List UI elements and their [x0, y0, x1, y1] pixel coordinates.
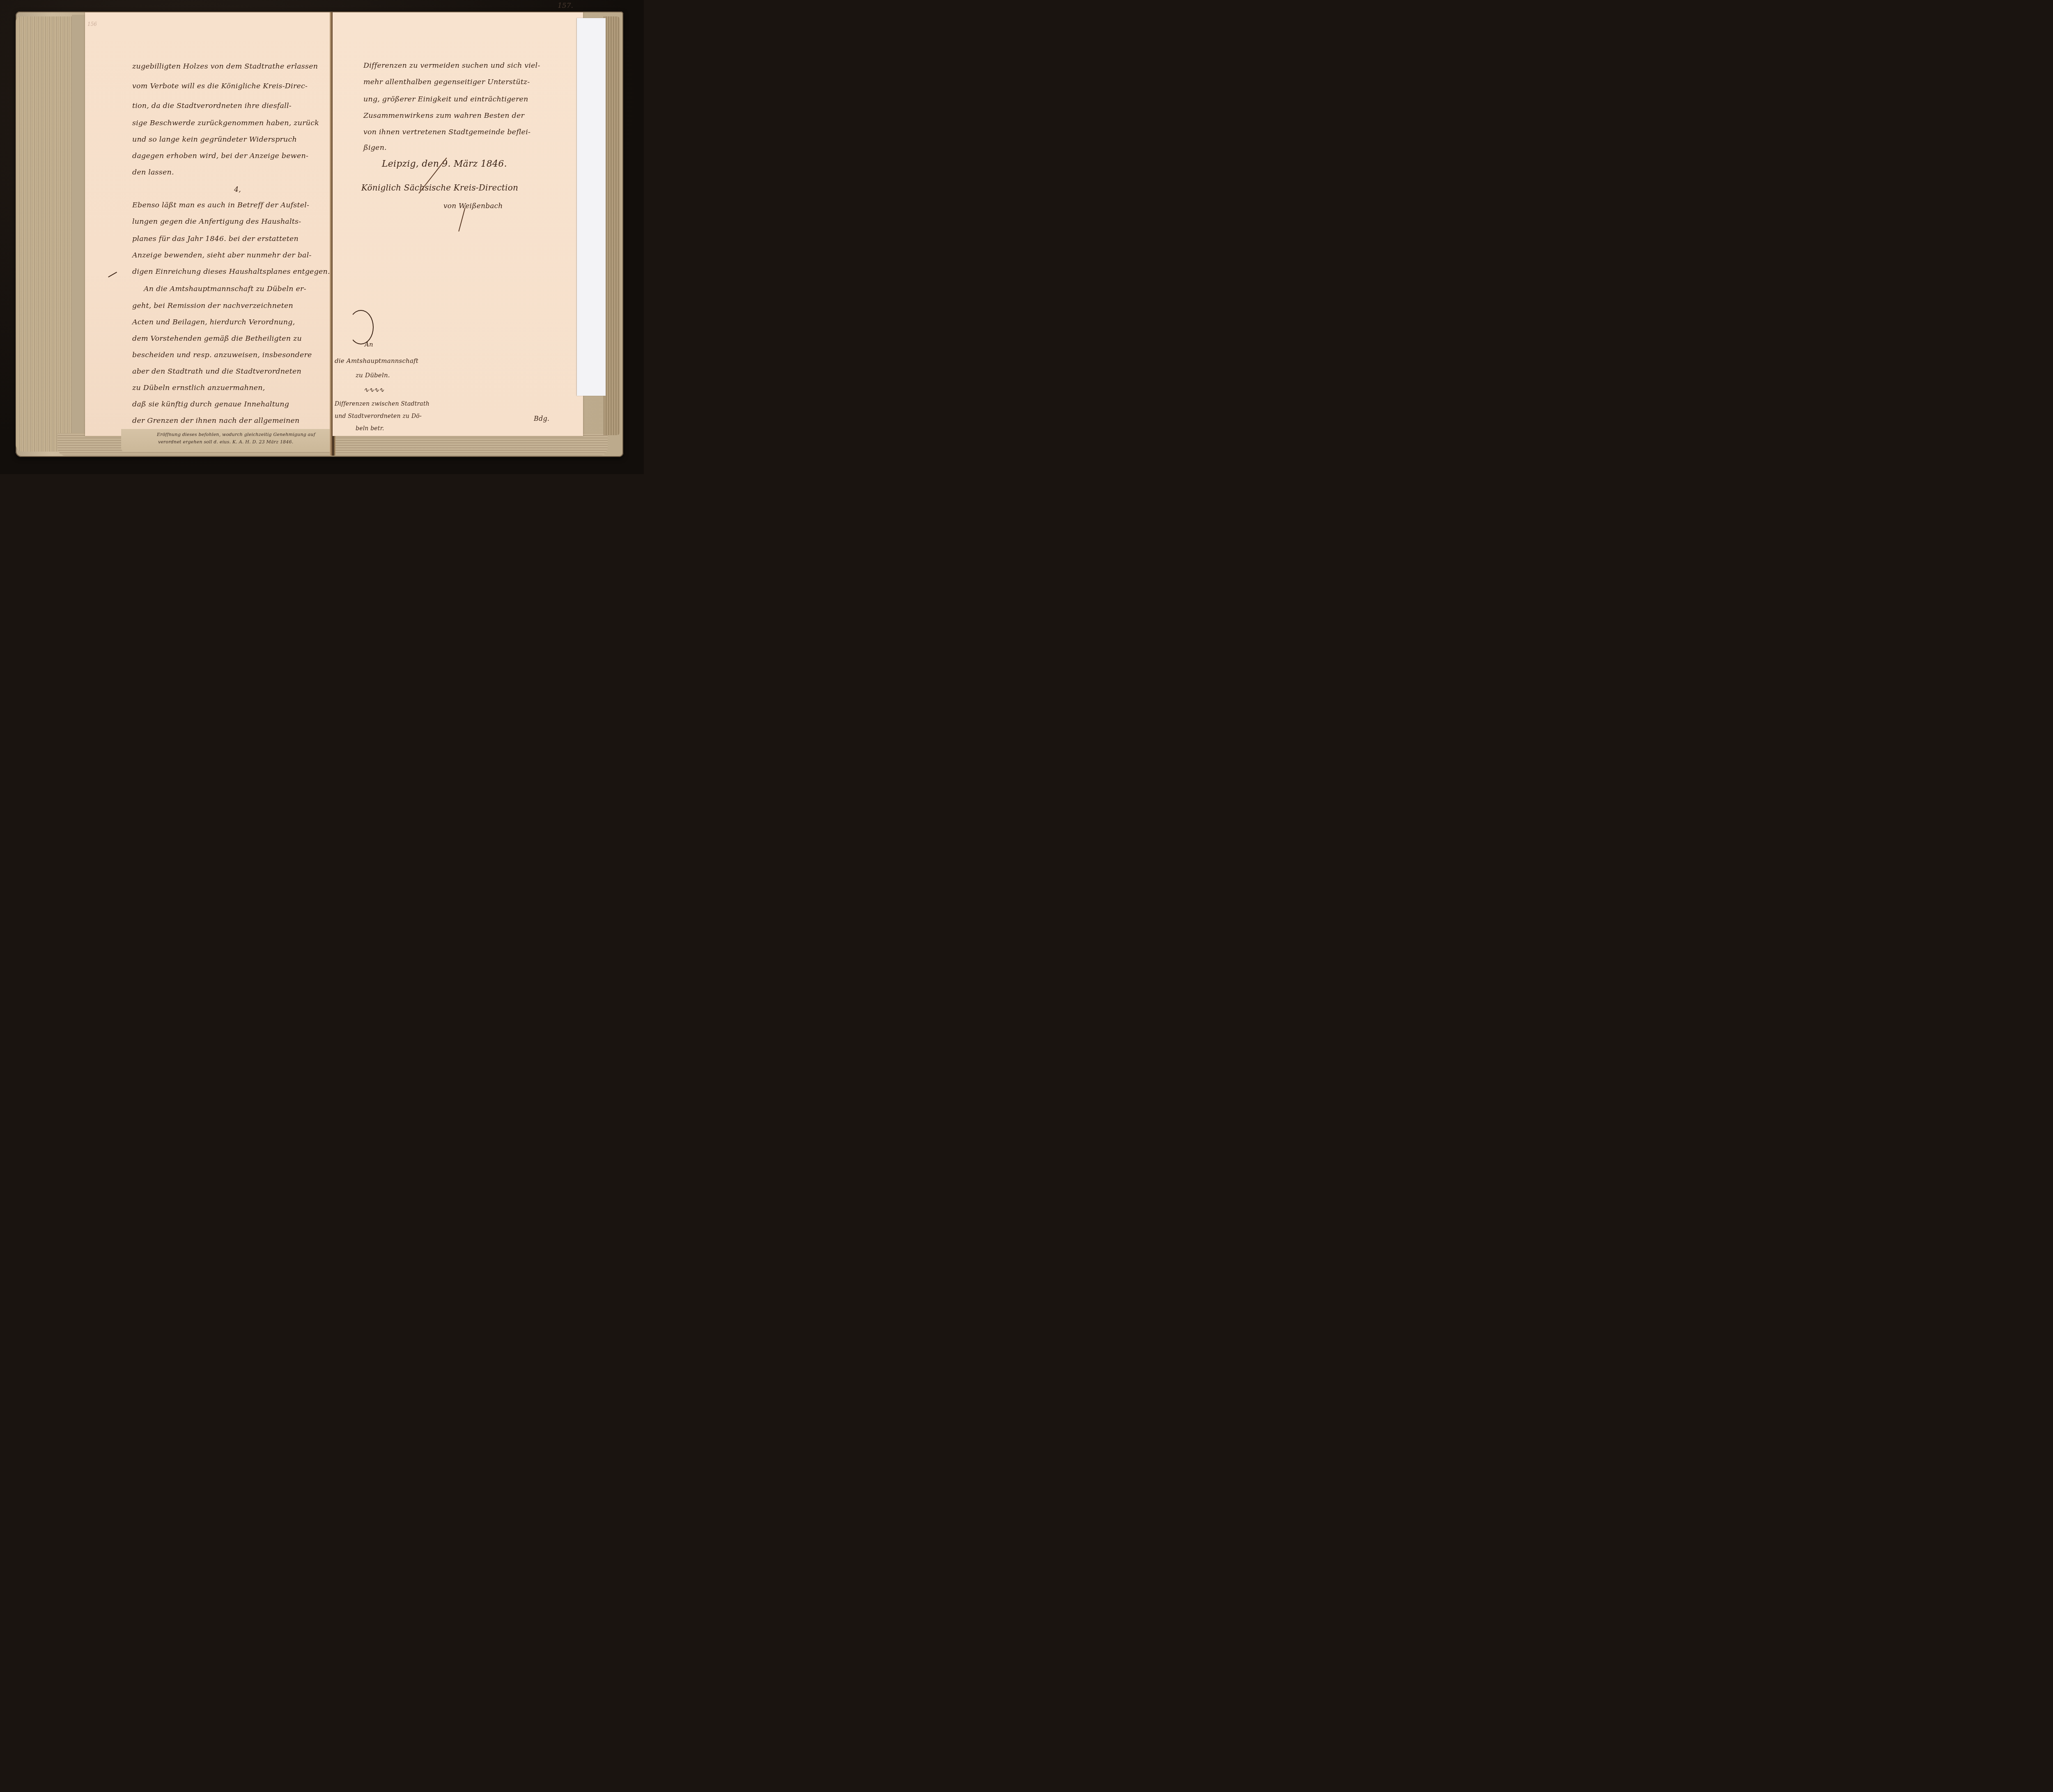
annotation-line-2: verordnet ergehen soll d. eius. K. A. H.… [158, 439, 293, 445]
left-line: lungen gegen die Anfertigung des Haushal… [132, 218, 301, 226]
left-line: vom Verbote will es die Königliche Kreis… [132, 82, 308, 90]
left-line: zu Dübeln ernstlich anzuermahnen, [132, 384, 265, 392]
subject-line-2: und Stadtverordneten zu Dö- [335, 413, 422, 420]
address-divider: ∿∿∿∿ [363, 386, 384, 394]
left-line: aber den Stadtrath und die Stadtverordne… [132, 367, 301, 376]
address-flourish-icon [348, 310, 374, 344]
left-line: und so lange kein gegründeter Widerspruc… [132, 135, 297, 144]
address-recipient-2: zu Dübeln. [356, 372, 390, 379]
issuing-authority: Königlich Sächsische Kreis-Direction [361, 183, 518, 193]
left-line: dem Vorstehenden gemäß die Betheiligten … [132, 335, 302, 343]
right-line: ßigen. [363, 144, 387, 152]
signature: von Weißenbach [443, 202, 503, 210]
right-line: ung, größerer Einigkeit und einträchtige… [363, 95, 528, 103]
right-line: Differenzen zu vermeiden suchen und sich… [363, 62, 540, 70]
subject-line-1: Differenzen zwischen Stadtrath [335, 401, 429, 407]
left-line: sige Beschwerde zurückgenommen haben, zu… [132, 119, 319, 127]
annotation-line-1: Eröffnung dieses befohlen, wodurch gleic… [157, 432, 315, 437]
left-line: Acten und Beilagen, hierdurch Verordnung… [132, 318, 295, 326]
reference-slip [577, 18, 606, 396]
bottom-right-mark: Bdg. [534, 415, 549, 422]
right-line: von ihnen vertretenen Stadtgemeinde befl… [363, 128, 530, 136]
left-line: Anzeige bewenden, sieht aber nunmehr der… [132, 251, 312, 259]
left-line: zugebilligten Holzes von dem Stadtrathe … [132, 62, 318, 71]
section-number: 4, [234, 186, 241, 194]
left-line: tion, da die Stadtverordneten ihre diesf… [132, 102, 292, 110]
left-line: den lassen. [132, 168, 174, 177]
right-page-edges [604, 16, 620, 435]
left-line: digen Einreichung dieses Haushaltsplanes… [132, 268, 330, 276]
left-line: daß sie künftig durch genaue Innehaltung [132, 400, 289, 408]
folio-number: 157. [558, 2, 573, 10]
left-line: der Grenzen der ihnen nach der allgemein… [132, 417, 300, 425]
left-line: bescheiden und resp. anzuweisen, insbeso… [132, 351, 312, 359]
left-line: planes für das Jahr 1846. bei der erstat… [132, 235, 299, 243]
left-line: Ebenso läßt man es auch in Betreff der A… [132, 201, 309, 209]
address-salutation: An [365, 341, 373, 348]
left-folio-faded: 156 [87, 21, 97, 27]
left-line: geht, bei Remission der nachverzeichnete… [132, 302, 293, 310]
right-line: mehr allenthalben gegenseitiger Unterstü… [363, 78, 530, 86]
address-recipient-1: die Amtshauptmannschaft [335, 357, 418, 365]
subject-line-3: beln betr. [356, 425, 384, 432]
left-line: An die Amtshauptmannschaft zu Dübeln er- [144, 285, 306, 293]
left-line: dagegen erhoben wird, bei der Anzeige be… [132, 152, 308, 160]
right-line: Zusammenwirkens zum wahren Besten der [363, 112, 524, 120]
